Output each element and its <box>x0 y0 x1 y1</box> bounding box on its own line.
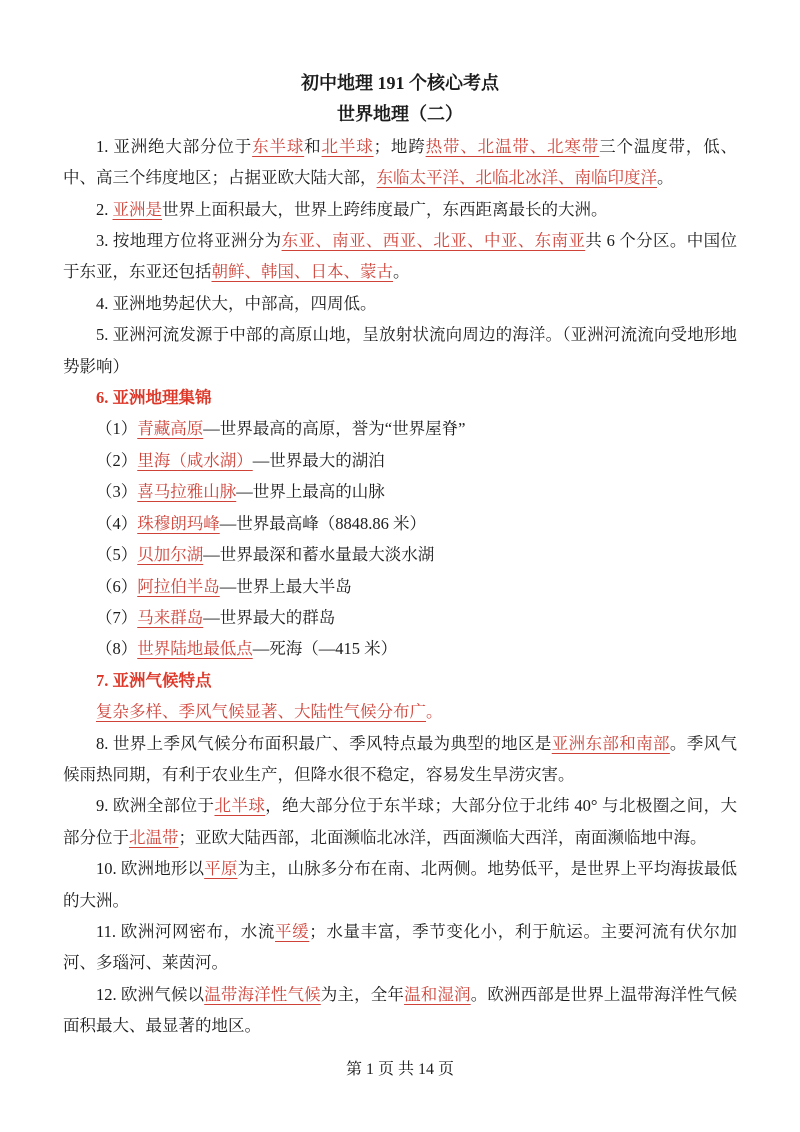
doc-content: 初中地理 191 个核心考点 世界地理（二） 1. 亚洲绝大部分位于东半球和北半… <box>63 68 737 1042</box>
text-run: —世界最高峰（8848.86 米） <box>220 514 426 533</box>
highlight-term: 平缓 <box>275 922 309 941</box>
text-run: 11. 欧洲河网密布，水流 <box>96 922 275 941</box>
doc-body: 1. 亚洲绝大部分位于东半球和北半球；地跨热带、北温带、北寒带三个温度带，低、中… <box>63 131 737 1042</box>
section-6-heading: 6. 亚洲地理集锦 <box>63 382 737 413</box>
asia-highlight-1: （1）青藏高原—世界最高的高原，誉为“世界屋脊” <box>63 413 737 444</box>
document-page: 初中地理 191 个核心考点 世界地理（二） 1. 亚洲绝大部分位于东半球和北半… <box>0 0 800 1132</box>
highlight-term: 北半球 <box>322 137 374 156</box>
text-run: —世界上最大半岛 <box>220 577 352 596</box>
highlight-term: 世界陆地最低点 <box>137 639 253 658</box>
text-run: 4. 亚洲地势起伏大，中部高，四周低。 <box>96 294 377 313</box>
point-3: 3. 按地理方位将亚洲分为东亚、南亚、西亚、北亚、中亚、东南亚共 6 个分区。中… <box>63 225 737 288</box>
asia-highlight-3: （3）喜马拉雅山脉—世界上最高的山脉 <box>63 476 737 507</box>
highlight-term: 东临太平洋、北临北冰洋、南临印度洋 <box>377 168 658 187</box>
text-run: 3. 按地理方位将亚洲分为 <box>96 231 282 250</box>
point-9: 9. 欧洲全部位于北半球，绝大部分位于东半球；大部分位于北纬 40° 与北极圈之… <box>63 790 737 853</box>
page-footer: 第 1 页 共 14 页 <box>0 1054 800 1086</box>
asia-highlight-8: （8）世界陆地最低点—死海（—415 米） <box>63 633 737 664</box>
asia-highlight-6: （6）阿拉伯半岛—世界上最大半岛 <box>63 571 737 602</box>
highlight-term: 复杂多样、季风气候显著、大陆性气候分布广 <box>96 702 426 721</box>
text-run: —世界上最高的山脉 <box>236 482 385 501</box>
highlight-term: 温和湿润 <box>404 985 471 1004</box>
text-run: 5. 亚洲河流发源于中部的高原山地，呈放射状流向周边的海洋。（亚洲河流流向受地形… <box>63 325 737 375</box>
asia-highlight-5: （5）贝加尔湖—世界最深和蓄水量最大淡水湖 <box>63 539 737 570</box>
text-run: 为主，全年 <box>321 985 404 1004</box>
text-run: ；地跨 <box>374 137 426 156</box>
text-run: 。 <box>657 168 674 187</box>
doc-subtitle: 世界地理（二） <box>63 99 737 130</box>
point-4: 4. 亚洲地势起伏大，中部高，四周低。 <box>63 288 737 319</box>
text-run: （7） <box>96 608 137 627</box>
text-run: （4） <box>96 514 137 533</box>
highlight-term: 北温带 <box>129 828 179 847</box>
point-11: 11. 欧洲河网密布，水流平缓；水量丰富，季节变化小，利于航运。主要河流有伏尔加… <box>63 916 737 979</box>
red-text-run: 。 <box>426 702 443 721</box>
highlight-term: 北半球 <box>214 796 265 815</box>
text-run: 9. 欧洲全部位于 <box>96 796 214 815</box>
point-2: 2. 亚洲是世界上面积最大，世界上跨纬度最广，东西距离最长的大洲。 <box>63 194 737 225</box>
highlight-term: 亚洲是 <box>113 200 163 219</box>
highlight-term: 亚洲东部和南部 <box>552 734 670 753</box>
text-run: （8） <box>96 639 137 658</box>
point-10: 10. 欧洲地形以平原为主，山脉多分布在南、北两侧。地势低平，是世界上平均海拔最… <box>63 853 737 916</box>
text-run: 。 <box>393 262 410 281</box>
point-5: 5. 亚洲河流发源于中部的高原山地，呈放射状流向周边的海洋。（亚洲河流流向受地形… <box>63 319 737 382</box>
text-run: （3） <box>96 482 137 501</box>
highlight-term: 珠穆朗玛峰 <box>137 514 220 533</box>
text-run: 和 <box>304 137 321 156</box>
text-run: —世界最深和蓄水量最大淡水湖 <box>203 545 434 564</box>
highlight-term: 里海（咸水湖） <box>137 451 253 470</box>
text-run: （2） <box>96 451 137 470</box>
text-run: 12. 欧洲气候以 <box>96 985 204 1004</box>
text-run: 1. 亚洲绝大部分位于 <box>96 137 252 156</box>
highlight-term: 阿拉伯半岛 <box>137 577 220 596</box>
point-12: 12. 欧洲气候以温带海洋性气候为主，全年温和湿润。欧洲西部是世界上温带海洋性气… <box>63 979 737 1042</box>
text-run: （6） <box>96 577 137 596</box>
highlight-term: 平原 <box>204 859 237 878</box>
text-run: 世界上面积最大，世界上跨纬度最广，东西距离最长的大洲。 <box>162 200 608 219</box>
asia-climate-features: 复杂多样、季风气候显著、大陆性气候分布广。 <box>63 696 737 727</box>
text-run: ；亚欧大陆西部，北面濒临北冰洋，西面濒临大西洋，南面濒临地中海。 <box>179 828 707 847</box>
highlight-term: 东亚、南亚、西亚、北亚、中亚、东南亚 <box>282 231 586 250</box>
point-8: 8. 世界上季风气候分布面积最广、季风特点最为典型的地区是亚洲东部和南部。季风气… <box>63 728 737 791</box>
text-run: 8. 世界上季风气候分布面积最广、季风特点最为典型的地区是 <box>96 734 552 753</box>
asia-highlight-7: （7）马来群岛—世界最大的群岛 <box>63 602 737 633</box>
text-run: —世界最大的群岛 <box>203 608 335 627</box>
highlight-term: 马来群岛 <box>137 608 203 627</box>
point-1: 1. 亚洲绝大部分位于东半球和北半球；地跨热带、北温带、北寒带三个温度带，低、中… <box>63 131 737 194</box>
section-7-heading: 7. 亚洲气候特点 <box>63 665 737 696</box>
asia-highlight-2: （2）里海（咸水湖）—世界最大的湖泊 <box>63 445 737 476</box>
text-run: —世界最大的湖泊 <box>253 451 385 470</box>
text-run: 2. <box>96 200 113 219</box>
text-run: （1） <box>96 419 137 438</box>
text-run: —死海（—415 米） <box>253 639 397 658</box>
highlight-term: 东半球 <box>252 137 304 156</box>
highlight-term: 热带、北温带、北寒带 <box>426 137 599 156</box>
text-run: —世界最高的高原，誉为“世界屋脊” <box>203 419 465 438</box>
text-run: 10. 欧洲地形以 <box>96 859 204 878</box>
section-heading-text: 7. 亚洲气候特点 <box>96 671 212 690</box>
highlight-term: 温带海洋性气候 <box>204 985 321 1004</box>
asia-highlight-4: （4）珠穆朗玛峰—世界最高峰（8848.86 米） <box>63 508 737 539</box>
section-heading-text: 6. 亚洲地理集锦 <box>96 388 212 407</box>
highlight-term: 喜马拉雅山脉 <box>137 482 236 501</box>
highlight-term: 青藏高原 <box>137 419 203 438</box>
highlight-term: 贝加尔湖 <box>137 545 203 564</box>
text-run: （5） <box>96 545 137 564</box>
highlight-term: 朝鲜、韩国、日本、蒙古 <box>212 262 394 281</box>
doc-title: 初中地理 191 个核心考点 <box>63 68 737 99</box>
